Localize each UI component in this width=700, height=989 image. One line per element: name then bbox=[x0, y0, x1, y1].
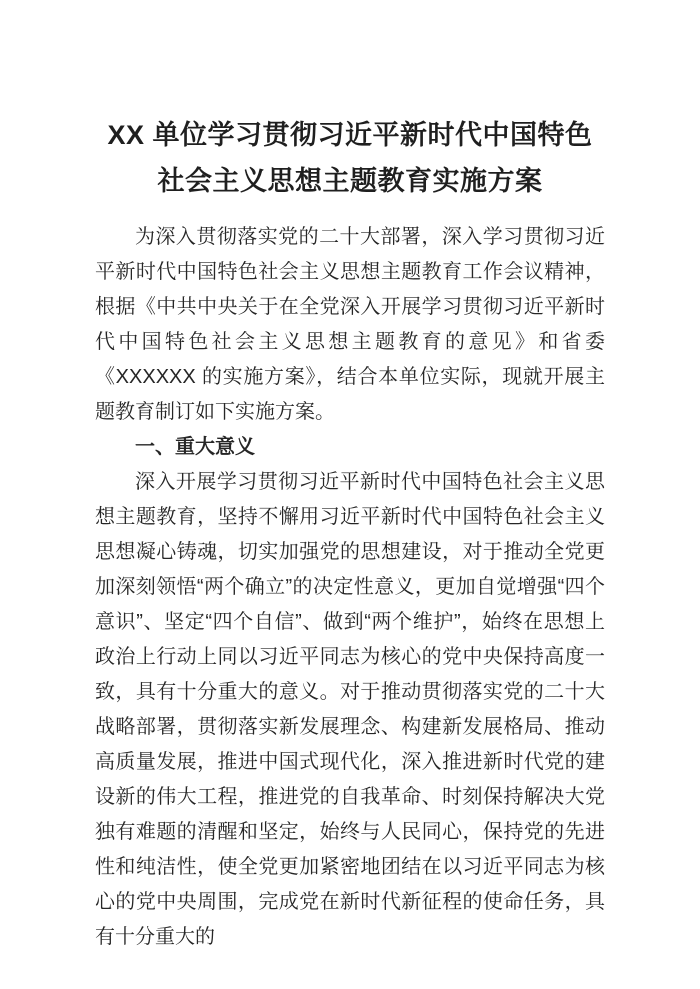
document-page: XX 单位学习贯彻习近平新时代中国特色社会主义思想主题教育实施方案 为深入贯彻落… bbox=[0, 0, 700, 989]
body-paragraph: 深入开展学习贯彻习近平新时代中国特色社会主义思想主题教育，坚持不懈用习近平新时代… bbox=[95, 465, 605, 955]
section-heading: 一、重大意义 bbox=[95, 430, 605, 465]
document-title: XX 单位学习贯彻习近平新时代中国特色社会主义思想主题教育实施方案 bbox=[95, 112, 605, 204]
body-paragraph: 为深入贯彻落实党的二十大部署，深入学习贯彻习近平新时代中国特色社会主义思想主题教… bbox=[95, 220, 605, 430]
document-body: 为深入贯彻落实党的二十大部署，深入学习贯彻习近平新时代中国特色社会主义思想主题教… bbox=[95, 220, 605, 955]
